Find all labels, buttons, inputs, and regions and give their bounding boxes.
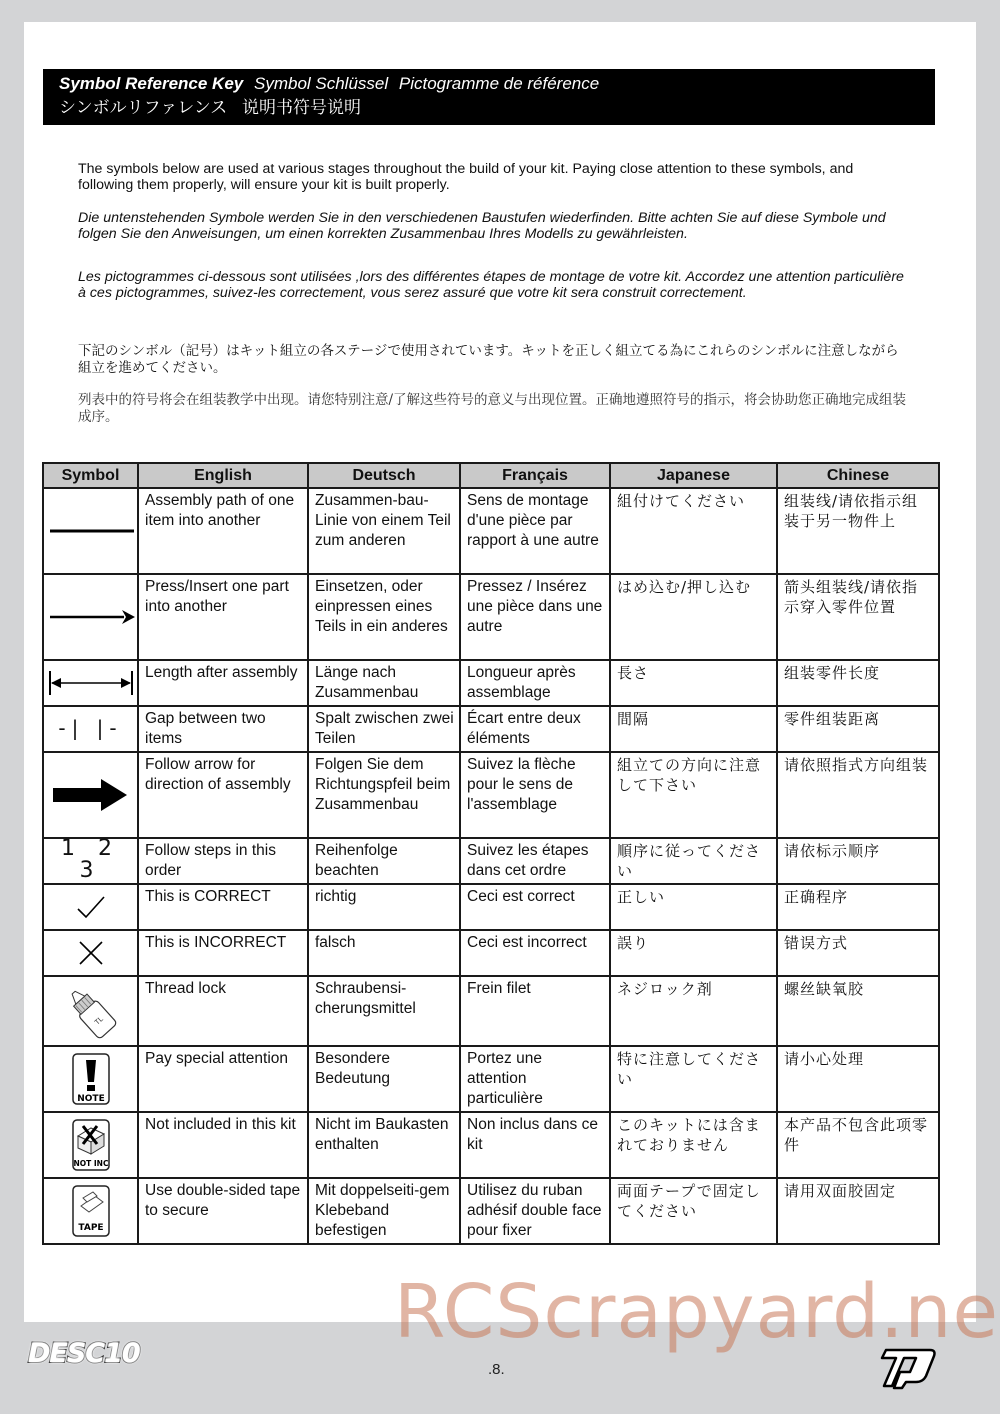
chinese-cell: 组装线/请依指示组装于另一物件上	[777, 488, 939, 574]
symbol-reference-table: Symbol English Deutsch Français Japanese…	[42, 462, 940, 1245]
thread-lock-bottle-icon: TL	[61, 980, 121, 1042]
not-included-icon: NOT INC	[71, 1118, 111, 1172]
table-row: Length after assembly Länge nach Zusamme…	[43, 660, 939, 706]
note-icon: NOTE	[71, 1052, 111, 1106]
francais-cell: Sens de montage d'une pièce par rapport …	[460, 488, 610, 574]
header-japanese: Japanese	[610, 463, 777, 488]
francais-cell: Écart entre deux éléments	[460, 706, 610, 752]
english-cell: This is CORRECT	[138, 884, 308, 930]
japanese-cell: 組立ての方向に注意して下さい	[610, 752, 777, 838]
francais-cell: Frein filet	[460, 976, 610, 1046]
chinese-cell: 螺丝缺氧胶	[777, 976, 939, 1046]
cross-icon	[76, 938, 106, 968]
chinese-cell: 组装零件长度	[777, 660, 939, 706]
table-row: NOT INC Not included in this kit Nicht i…	[43, 1112, 939, 1178]
japanese-cell: 間隔	[610, 706, 777, 752]
intro-japanese: 下記のシンボル（記号）はキット組立の各ステージで使用されています。キットを正しく…	[78, 343, 908, 377]
francais-cell: Suivez les étapes dans cet ordre	[460, 838, 610, 884]
table-row: -| |- Gap between two items Spalt zwisch…	[43, 706, 939, 752]
chinese-cell: 本产品不包含此项零件	[777, 1112, 939, 1178]
chinese-cell: 零件组装距离	[777, 706, 939, 752]
svg-text:NOTE: NOTE	[77, 1094, 104, 1104]
francais-cell: Suivez la flèche pour le sens de l'assem…	[460, 752, 610, 838]
title-english: Symbol Reference Key	[59, 74, 243, 93]
english-cell: This is INCORRECT	[138, 930, 308, 976]
francais-cell: Pressez / Insérez une pièce dans une aut…	[460, 574, 610, 660]
deutsch-cell: Reihenfolge beachten	[308, 838, 460, 884]
symbol-cell: -| |-	[43, 706, 138, 752]
symbol-cell: 1 2 3	[43, 838, 138, 884]
title-chinese: 说明书符号说明	[242, 98, 361, 117]
francais-cell: Longueur après assemblage	[460, 660, 610, 706]
deutsch-cell: Zusammen-bau-Linie von einem Teil zum an…	[308, 488, 460, 574]
symbol-cell	[43, 660, 138, 706]
svg-text:NOT INC: NOT INC	[73, 1159, 108, 1168]
japanese-cell: 順序に従ってください	[610, 838, 777, 884]
gap-icon: -| |-	[58, 716, 122, 740]
manual-page: Symbol Reference Key Symbol Schlüssel Pi…	[24, 22, 976, 1322]
table-row: Press/Insert one part into another Einse…	[43, 574, 939, 660]
japanese-cell: はめ込む/押し込む	[610, 574, 777, 660]
chinese-cell: 请小心处理	[777, 1046, 939, 1112]
symbol-cell	[43, 930, 138, 976]
symbol-cell: TAPE	[43, 1178, 138, 1244]
symbol-cell: NOTE	[43, 1046, 138, 1112]
japanese-cell: 正しい	[610, 884, 777, 930]
svg-text:TAPE: TAPE	[78, 1223, 103, 1233]
table-row: 1 2 3 Follow steps in this order Reihenf…	[43, 838, 939, 884]
td-logo	[878, 1346, 938, 1395]
chinese-cell: 正确程序	[777, 884, 939, 930]
table-row: NOTE Pay special attention Besondere Bed…	[43, 1046, 939, 1112]
title-german: Symbol Schlüssel	[254, 74, 388, 93]
japanese-cell: このキットには含まれておりません	[610, 1112, 777, 1178]
symbol-cell: TL	[43, 976, 138, 1046]
steps-icon: 1 2 3	[61, 836, 120, 883]
english-cell: Use double-sided tape to secure	[138, 1178, 308, 1244]
deutsch-cell: Einsetzen, oder einpressen eines Teils i…	[308, 574, 460, 660]
chinese-cell: 请依照指式方向组装	[777, 752, 939, 838]
japanese-cell: 長さ	[610, 660, 777, 706]
chinese-cell: 箭头组装线/请依指示穿入零件位置	[777, 574, 939, 660]
desc10-logo: DESC10	[28, 1339, 140, 1369]
td-logo-icon	[878, 1346, 938, 1390]
bold-arrow-icon	[51, 778, 131, 812]
thin-arrow-icon	[46, 605, 136, 629]
table-row: TL Thread lock Schraubensi-cherungsmitte…	[43, 976, 939, 1046]
table-row: Assembly path of one item into another Z…	[43, 488, 939, 574]
page-number: .8.	[488, 1361, 505, 1378]
line-icon	[46, 521, 136, 541]
english-cell: Gap between two items	[138, 706, 308, 752]
english-cell: Not included in this kit	[138, 1112, 308, 1178]
tape-icon: TAPE	[71, 1184, 111, 1238]
title-japanese: シンボルリファレンス	[59, 98, 227, 117]
chinese-cell: 错误方式	[777, 930, 939, 976]
francais-cell: Portez une attention particulière	[460, 1046, 610, 1112]
watermark-text: RCScrapyard.net	[394, 1272, 1000, 1352]
header-english: English	[138, 463, 308, 488]
japanese-cell: 誤り	[610, 930, 777, 976]
deutsch-cell: Mit doppelseiti-gem Klebeband befestigen	[308, 1178, 460, 1244]
deutsch-cell: Länge nach Zusammenbau	[308, 660, 460, 706]
deutsch-cell: richtig	[308, 884, 460, 930]
table-row: This is INCORRECT falsch Ceci est incorr…	[43, 930, 939, 976]
francais-cell: Non inclus dans ce kit	[460, 1112, 610, 1178]
symbol-cell	[43, 488, 138, 574]
english-cell: Follow arrow for direction of assembly	[138, 752, 308, 838]
table-row: Follow arrow for direction of assembly F…	[43, 752, 939, 838]
chinese-cell: 请依标示顺序	[777, 838, 939, 884]
header-deutsch: Deutsch	[308, 463, 460, 488]
symbol-cell	[43, 574, 138, 660]
deutsch-cell: falsch	[308, 930, 460, 976]
chinese-cell: 请用双面胶固定	[777, 1178, 939, 1244]
english-cell: Pay special attention	[138, 1046, 308, 1112]
japanese-cell: 組付けてください	[610, 488, 777, 574]
english-cell: Assembly path of one item into another	[138, 488, 308, 574]
intro-chinese: 列表中的符号将会在组装教学中出现。请您特别注意/了解这些符号的意义与出现位置。正…	[78, 392, 908, 426]
deutsch-cell: Besondere Bedeutung	[308, 1046, 460, 1112]
table-row: TAPE Use double-sided tape to secure Mit…	[43, 1178, 939, 1244]
deutsch-cell: Nicht im Baukasten enthalten	[308, 1112, 460, 1178]
francais-cell: Ceci est correct	[460, 884, 610, 930]
deutsch-cell: Folgen Sie dem Richtungspfeil beim Zusam…	[308, 752, 460, 838]
intro-french: Les pictogrammes ci-dessous sont utilisé…	[78, 269, 908, 301]
header-chinese: Chinese	[777, 463, 939, 488]
title-french: Pictogramme de référence	[399, 74, 599, 93]
length-icon	[46, 669, 136, 697]
japanese-cell: 両面テープで固定してください	[610, 1178, 777, 1244]
english-cell: Length after assembly	[138, 660, 308, 706]
japanese-cell: ネジロック剤	[610, 976, 777, 1046]
intro-german: Die untenstehenden Symbole werden Sie in…	[78, 210, 908, 242]
header-symbol: Symbol	[43, 463, 138, 488]
symbol-cell	[43, 752, 138, 838]
symbol-cell: NOT INC	[43, 1112, 138, 1178]
francais-cell: Utilisez du ruban adhésif double face po…	[460, 1178, 610, 1244]
table-header-row: Symbol English Deutsch Français Japanese…	[43, 463, 939, 488]
english-cell: Thread lock	[138, 976, 308, 1046]
intro-english: The symbols below are used at various st…	[78, 161, 908, 193]
header-francais: Français	[460, 463, 610, 488]
english-cell: Follow steps in this order	[138, 838, 308, 884]
checkmark-icon	[74, 893, 108, 921]
section-title-bar: Symbol Reference Key Symbol Schlüssel Pi…	[43, 69, 935, 125]
table-row: This is CORRECT richtig Ceci est correct…	[43, 884, 939, 930]
english-cell: Press/Insert one part into another	[138, 574, 308, 660]
francais-cell: Ceci est incorrect	[460, 930, 610, 976]
japanese-cell: 特に注意してください	[610, 1046, 777, 1112]
deutsch-cell: Spalt zwischen zwei Teilen	[308, 706, 460, 752]
symbol-cell	[43, 884, 138, 930]
deutsch-cell: Schraubensi-cherungsmittel	[308, 976, 460, 1046]
